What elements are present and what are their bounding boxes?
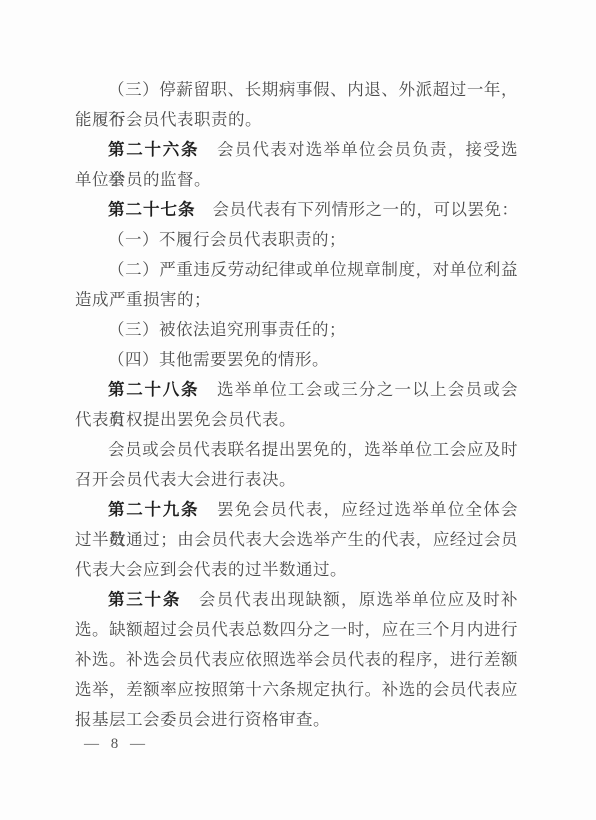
text-block: （三）停薪留职、长期病事假、内退、外派超过一年，不能履行会员代表职责的。第二十六… xyxy=(75,75,518,735)
text-line: 代表有权提出罢免会员代表。 xyxy=(75,405,518,435)
text-line: （三）被依法追究刑事责任的； xyxy=(75,315,518,345)
article-number: 第二十九条 xyxy=(108,501,199,519)
document-page: （三）停薪留职、长期病事假、内退、外派超过一年，不能履行会员代表职责的。第二十六… xyxy=(0,0,596,820)
text-line: 造成严重损害的； xyxy=(75,285,518,315)
text-line: 会员或会员代表联名提出罢免的，选举单位工会应及时 xyxy=(75,435,518,465)
page-number: — 8 — xyxy=(84,733,149,755)
text-line: （一）不履行会员代表职责的； xyxy=(75,225,518,255)
article-number: 第二十七条 xyxy=(108,201,196,219)
article-number: 第三十条 xyxy=(108,591,181,609)
text-line: 第二十六条 会员代表对选举单位会员负责，接受选举 xyxy=(75,135,518,165)
text-line: （四）其他需要罢免的情形。 xyxy=(75,345,518,375)
text-line: 选。缺额超过会员代表总数四分之一时，应在三个月内进行 xyxy=(75,615,518,645)
text-line-content: 会员代表有下列情形之一的，可以罢免： xyxy=(196,200,519,219)
text-line: 报基层工会委员会进行资格审查。 xyxy=(75,705,518,735)
text-line-content: 会员代表出现缺额，原选举单位应及时补 xyxy=(181,590,518,609)
text-line: 过半数通过；由会员代表大会选举产生的代表，应经过会员 xyxy=(75,525,518,555)
text-line: 代表大会应到会代表的过半数通过。 xyxy=(75,555,518,585)
text-line: （二）严重违反劳动纪律或单位规章制度，对单位利益 xyxy=(75,255,518,285)
text-line: 能履行会员代表职责的。 xyxy=(75,105,518,135)
text-line: 单位会员的监督。 xyxy=(75,165,518,195)
text-line: 第三十条 会员代表出现缺额，原选举单位应及时补 xyxy=(75,585,518,615)
article-number: 第二十八条 xyxy=(108,381,199,399)
text-line: 选举，差额率应按照第十六条规定执行。补选的会员代表应 xyxy=(75,675,518,705)
article-number: 第二十六条 xyxy=(108,141,199,159)
text-line: 第二十八条 选举单位工会或三分之一以上会员或会员 xyxy=(75,375,518,405)
text-line: 第二十九条 罢免会员代表，应经过选举单位全体会员 xyxy=(75,495,518,525)
text-line: 补选。补选会员代表应依照选举会员代表的程序，进行差额 xyxy=(75,645,518,675)
text-line: （三）停薪留职、长期病事假、内退、外派超过一年，不 xyxy=(75,75,518,105)
text-line: 第二十七条 会员代表有下列情形之一的，可以罢免： xyxy=(75,195,518,225)
text-line: 召开会员代表大会进行表决。 xyxy=(75,465,518,495)
